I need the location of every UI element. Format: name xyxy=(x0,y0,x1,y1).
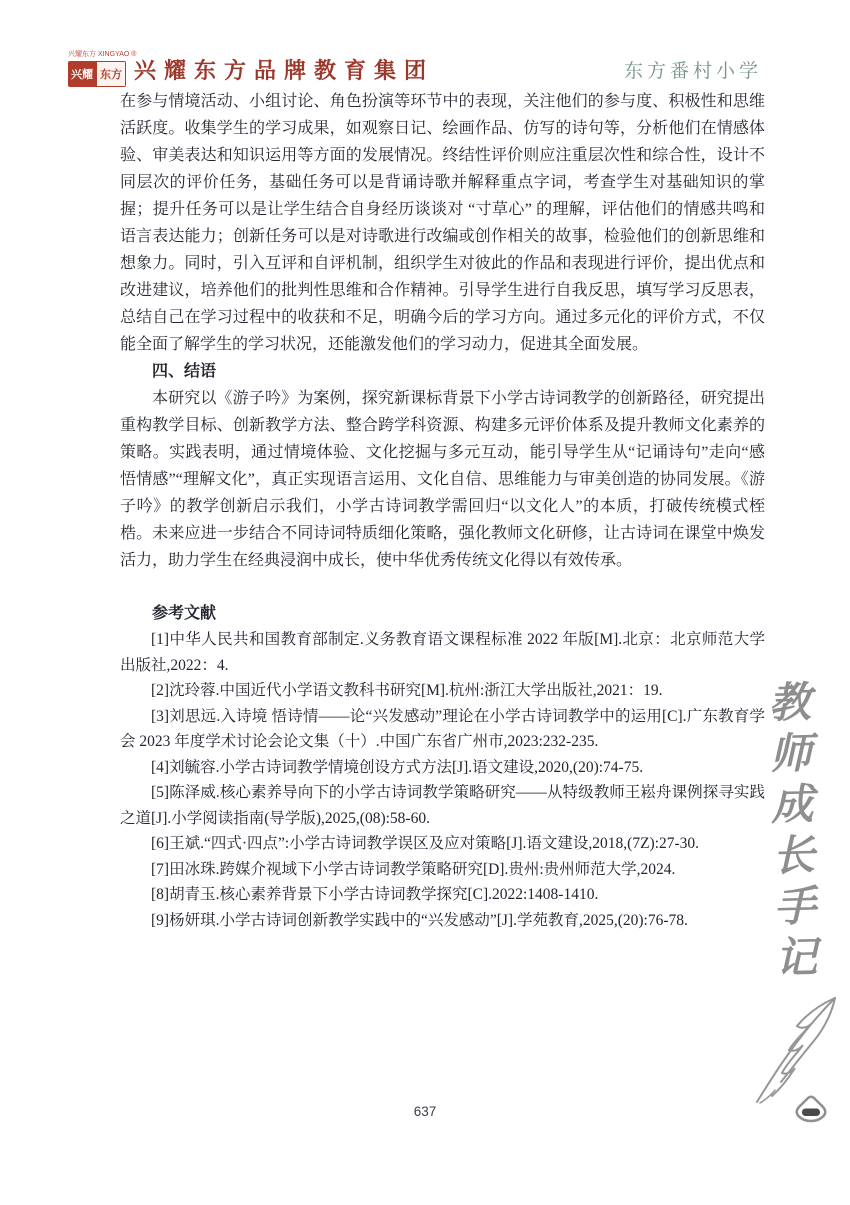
reference-item-9: [9]杨妍琪.小学古诗词创新教学实践中的“兴发感动”[J].学苑教育,2025,… xyxy=(120,908,765,934)
evaluation-paragraph: 在参与情境活动、小组讨论、角色扮演等环节中的表现，关注他们的参与度、积极性和思维… xyxy=(120,88,765,358)
reference-item-6: [6]王斌.“四式·四点”:小学古诗词教学误区及应对策略[J].语文建设,201… xyxy=(120,831,765,857)
brand-title: 兴耀东方品牌教育集团 xyxy=(134,54,434,85)
reference-item-2: [2]沈玲蓉.中国近代小学语文教科书研究[M].杭州:浙江大学出版社,2021：… xyxy=(120,678,765,704)
reference-item-8: [8]胡青玉.核心素养背景下小学古诗词教学探究[C].2022:1408-141… xyxy=(120,882,765,908)
reference-item-3: [3]刘思远.入诗境 悟诗情——论“兴发感动”理论在小学古诗词教学中的运用[C]… xyxy=(120,704,765,755)
page-number: 637 xyxy=(0,1104,850,1119)
conclusion-paragraph: 本研究以《游子吟》为案例，探究新课标背景下小学古诗词教学的创新路径，研究提出重构… xyxy=(120,385,765,574)
brand-stamp-icon: 兴耀 东方 xyxy=(68,61,126,87)
conclusion-heading: 四、结语 xyxy=(120,358,765,385)
document-body: 在参与情境活动、小组讨论、角色扮演等环节中的表现，关注他们的参与度、积极性和思维… xyxy=(120,88,765,933)
page-header: 兴耀东方 XINGYAO ® 兴耀 东方 兴耀东方品牌教育集团 东方番村小学 xyxy=(0,0,850,96)
reference-item-4: [4]刘毓容.小学古诗词教学情境创设方式方法[J].语文建设,2020,(20)… xyxy=(120,755,765,781)
brand-seal-logo: 兴耀东方 XINGYAO ® 兴耀 东方 xyxy=(68,50,128,94)
reference-item-1: [1]中华人民共和国教育部制定.义务教育语文课程标准 2022 年版[M].北京… xyxy=(120,627,765,678)
school-name: 东方番村小学 xyxy=(624,56,762,83)
stamp-right-text: 东方 xyxy=(96,61,126,87)
references-heading: 参考文献 xyxy=(120,600,765,627)
document-page: 兴耀东方 XINGYAO ® 兴耀 东方 兴耀东方品牌教育集团 东方番村小学 在… xyxy=(0,0,850,1205)
reference-item-5: [5]陈泽威.核心素养导向下的小学古诗词教学策略研究——从特级教师王崧舟课例探寻… xyxy=(120,780,765,831)
reference-item-7: [7]田冰珠.跨媒介视域下小学古诗词教学策略研究[D].贵州:贵州师范大学,20… xyxy=(120,857,765,883)
logo-registered-text: 兴耀东方 XINGYAO ® xyxy=(68,50,128,59)
vertical-watermark-text: 教师成长手记 xyxy=(762,679,816,986)
stamp-left-text: 兴耀 xyxy=(68,61,96,87)
